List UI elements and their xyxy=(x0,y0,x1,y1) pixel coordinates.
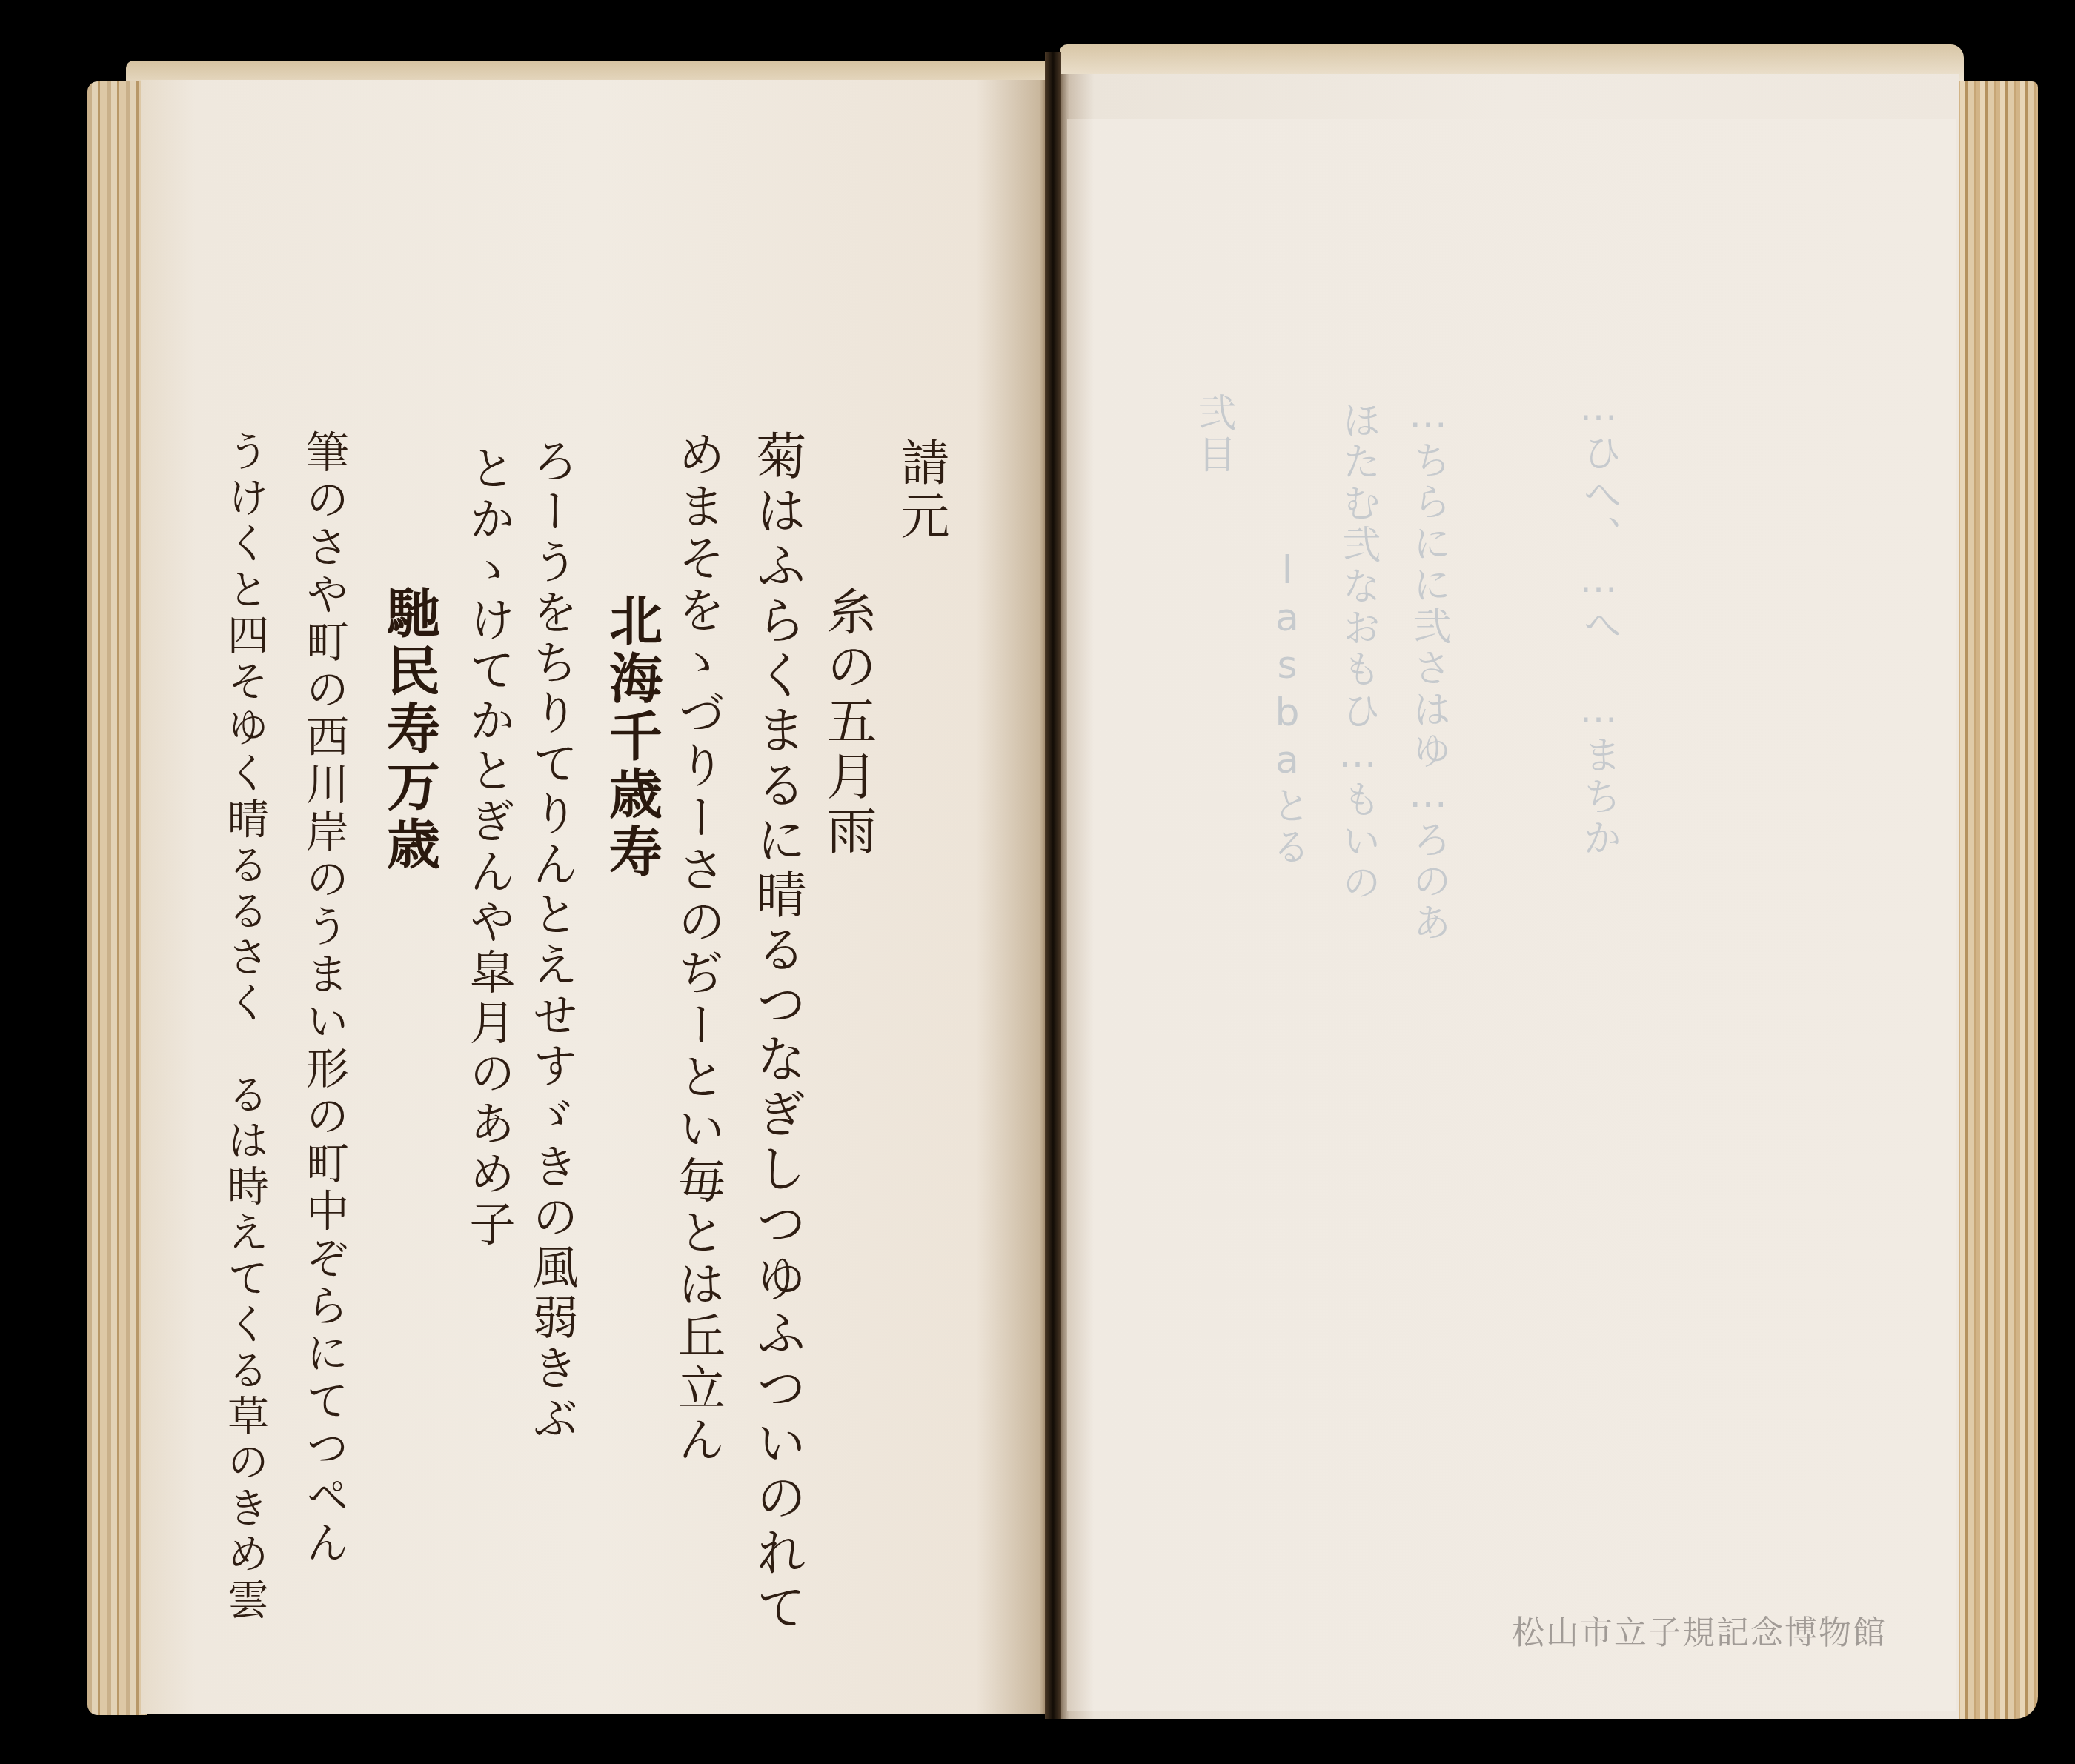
museum-watermark: 松山市立子規記念博物館 xyxy=(1512,1606,1887,1654)
text-column-2: めまそをゝづりーさのぢーとい毎とは丘立ん xyxy=(663,430,731,1467)
page-title: 請元 xyxy=(886,437,956,544)
right-page-stack-edge xyxy=(1956,81,2038,1719)
left-page xyxy=(141,80,1049,1714)
section-heading-1: 北海千歳寿 xyxy=(593,593,670,882)
text-column-5: 筆のさや町の西川岸のうまい形の町中ぞらにてつペん xyxy=(293,430,355,1568)
section-heading-2: 馳民寿万歳 xyxy=(371,585,448,874)
bleed-through-column-3: ほたむ弐なおもひ…もいの xyxy=(1330,400,1386,904)
bleed-through-column-2: …ちらにに弐さはゆ…ろのあ xyxy=(1401,393,1456,944)
open-book: 請元 糸の五月雨 菊はふらくまるに晴るつなぎしつゆふついのれて めまそをゝづりー… xyxy=(0,0,2075,1764)
text-column-6: うけくと四そゆく晴るるさく るは時えてくる草のきめ雲 xyxy=(215,430,274,1624)
bleed-through-column-1: …ひへ、…へ …まちか xyxy=(1571,385,1627,859)
text-column-1: 菊はふらくまるに晴るつなぎしつゆふついのれて xyxy=(741,430,813,1636)
text-column-4: とかゝけてかとぎんや皐月のあめ子 xyxy=(456,445,522,1251)
bleed-through-column-5: 弐目 xyxy=(1186,393,1241,476)
text-column-3: ろーうをちりてりんとえせすゞきの風弱きぶ xyxy=(519,437,585,1445)
bleed-through-column-4: lasbaとる xyxy=(1260,548,1315,868)
right-page-leaf xyxy=(1067,119,1956,1711)
book-gutter xyxy=(1045,52,1061,1719)
left-page-stack-edge xyxy=(87,81,147,1715)
subtitle: 糸の五月雨 xyxy=(811,585,883,859)
